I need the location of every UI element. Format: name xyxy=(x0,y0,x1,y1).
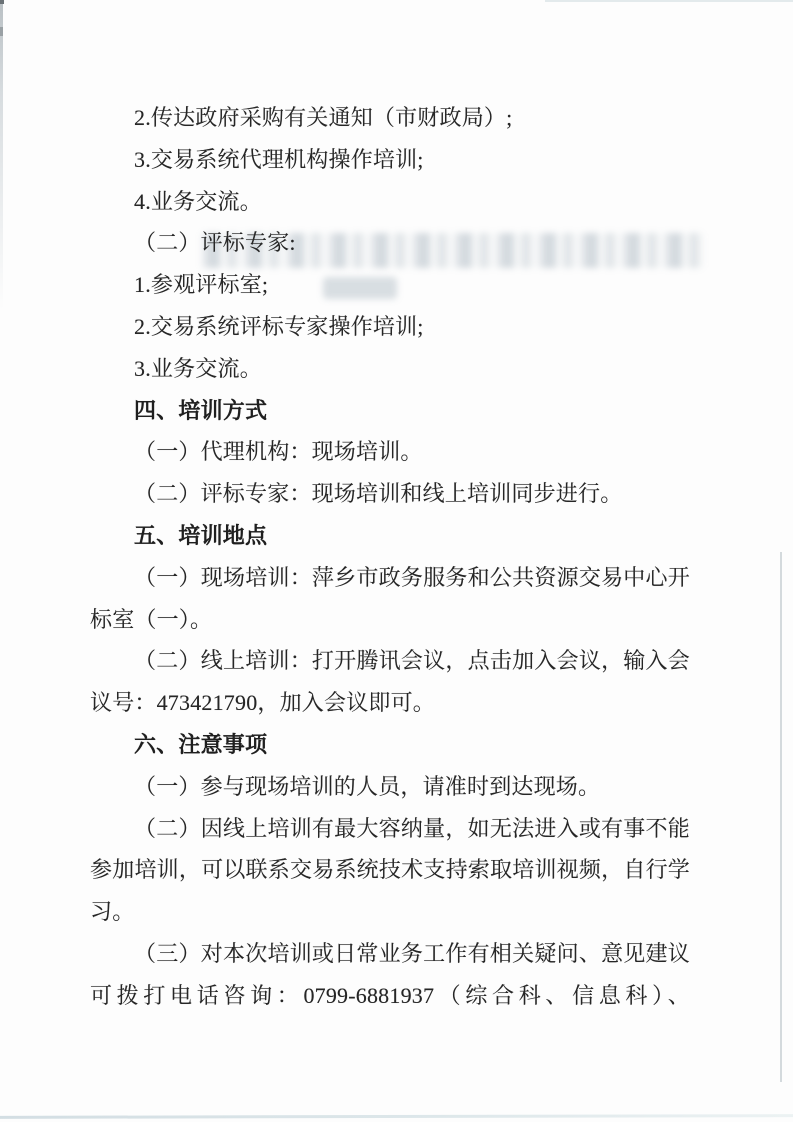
paragraph-line: （一）参与现场培训的人员，请准时到达现场。 xyxy=(90,766,690,808)
paragraph-line: （一）现场培训：萍乡市政务服务和公共资源交易中心开 xyxy=(90,557,690,599)
paragraph-line: （二）因线上培训有最大容纳量，如无法进入或有事不能 xyxy=(90,808,690,850)
paragraph-line: 习。 xyxy=(90,891,690,933)
list-item: 3.交易系统代理机构操作培训; xyxy=(90,139,690,181)
paragraph-line: （三）对本次培训或日常业务工作有相关疑问、意见建议 xyxy=(90,933,690,975)
paragraph-line: （二）线上培训：打开腾讯会议，点击加入会议，输入会 xyxy=(90,640,690,682)
scan-edge-mark xyxy=(0,27,3,36)
paragraph-line: （二）评标专家：现场培训和线上培训同步进行。 xyxy=(90,473,690,515)
document-body: 2.传达政府采购有关通知（市财政局）; 3.交易系统代理机构操作培训; 4.业务… xyxy=(90,97,690,1017)
scan-edge-left xyxy=(0,0,3,310)
list-item: 2.交易系统评标专家操作培训; xyxy=(90,306,690,348)
scan-edge-right xyxy=(780,552,782,1082)
scan-edge-mark xyxy=(0,0,4,4)
section-heading-6: 六、注意事项 xyxy=(90,724,690,766)
section-heading-4: 四、培训方式 xyxy=(90,390,690,432)
paragraph-line: 议号：473421790，加入会议即可。 xyxy=(90,682,690,724)
section-heading-5: 五、培训地点 xyxy=(90,515,690,557)
paragraph-line: （一）代理机构：现场培训。 xyxy=(90,431,690,473)
paragraph-line: 标室（一）。 xyxy=(90,599,690,641)
list-item: 1.参观评标室; xyxy=(90,264,690,306)
paragraph-line: 参加培训，可以联系交易系统技术支持索取培训视频，自行学 xyxy=(90,849,690,891)
paragraph-line: 可拨打电话咨询：0799-6881937（综合科、信息科）、 xyxy=(90,975,690,1017)
list-item: 4.业务交流。 xyxy=(90,181,690,223)
list-item: 3.业务交流。 xyxy=(90,348,690,390)
subsection-label: （二）评标专家: xyxy=(90,222,690,264)
scanned-document-page: 2.传达政府采购有关通知（市财政局）; 3.交易系统代理机构操作培训; 4.业务… xyxy=(0,0,793,1122)
scan-edge-bottom xyxy=(0,1114,793,1118)
scan-edge-top xyxy=(545,0,793,2)
list-item: 2.传达政府采购有关通知（市财政局）; xyxy=(90,97,690,139)
